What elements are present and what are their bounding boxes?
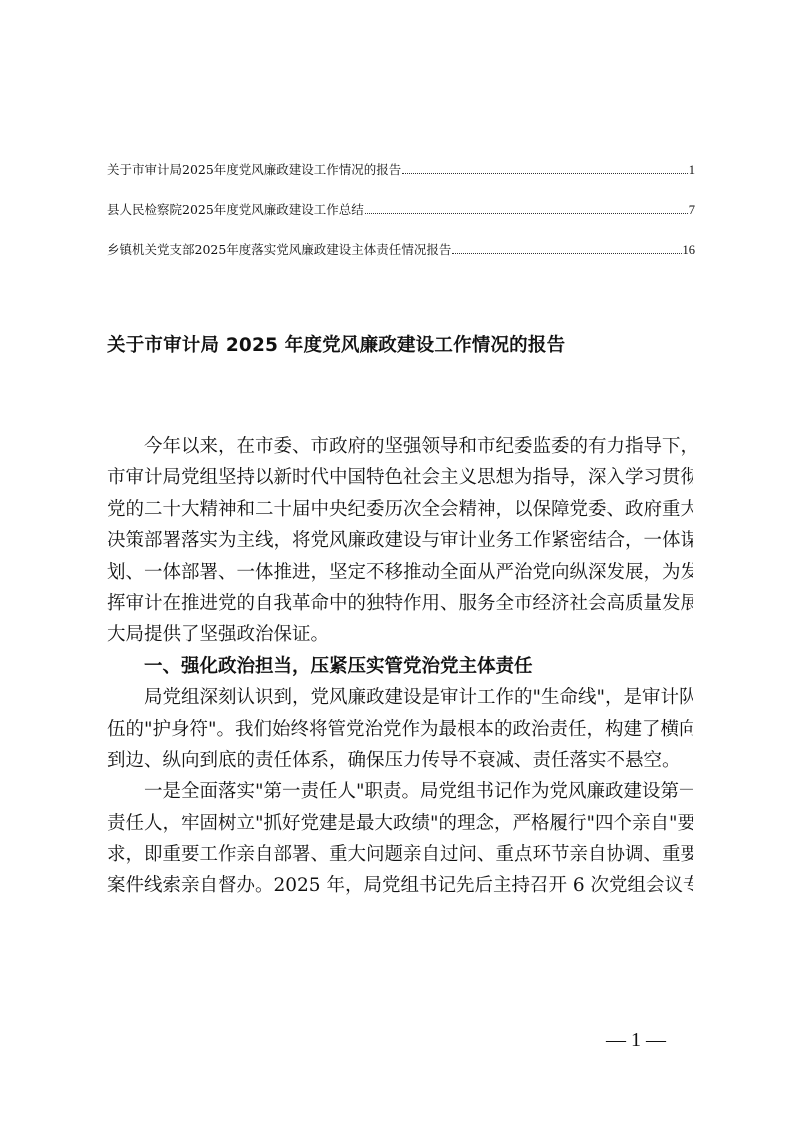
text-line: 伍的"护身符"。我们始终将管党治党作为最根本的政治责任，构建了横向 (107, 714, 693, 745)
toc-entry-page: 7 (689, 203, 695, 217)
paragraph-responsibility: 局党组深刻认识到，党风廉政建设是审计工作的"生命线"，是审计队 伍的"护身符"。… (107, 682, 693, 776)
toc-entry-page: 1 (689, 163, 695, 177)
text-line: 责任人，牢固树立"抓好党建是最大政绩"的理念，严格履行"四个亲自"要 (107, 808, 693, 839)
toc-entry-title: 县人民检察院2025年度党风廉政建设工作总结 (107, 203, 364, 217)
text-line: 一是全面落实"第一责任人"职责。局党组书记作为党风廉政建设第一 (107, 776, 693, 807)
text-line: 案件线索亲自督办。2025 年，局党组书记先后主持召开 6 次党组会议专 (107, 870, 693, 901)
document-title: 关于市审计局 2025 年度党风廉政建设工作情况的报告 (107, 334, 565, 358)
toc-leader-dots (365, 203, 688, 214)
toc-leader-dots (452, 243, 681, 254)
document-body: 今年以来，在市委、市政府的坚强领导和市纪委监委的有力指导下， 市审计局党组坚持以… (107, 431, 693, 902)
paragraph-intro: 今年以来，在市委、市政府的坚强领导和市纪委监委的有力指导下， 市审计局党组坚持以… (107, 431, 693, 651)
toc-entry[interactable]: 县人民检察院2025年度党风廉政建设工作总结 7 (107, 203, 695, 217)
toc-entry-title: 关于市审计局2025年度党风廉政建设工作情况的报告 (107, 163, 401, 177)
text-line: 局党组深刻认识到，党风廉政建设是审计工作的"生命线"，是审计队 (107, 682, 693, 713)
toc-entry[interactable]: 关于市审计局2025年度党风廉政建设工作情况的报告 1 (107, 163, 695, 177)
text-line: 大局提供了坚强政治保证。 (107, 619, 693, 650)
text-line: 到边、纵向到底的责任体系，确保压力传导不衰减、责任落实不悬空。 (107, 745, 693, 776)
paragraph-first-responsible: 一是全面落实"第一责任人"职责。局党组书记作为党风廉政建设第一 责任人，牢固树立… (107, 776, 693, 902)
text-line: 求，即重要工作亲自部署、重大问题亲自过问、重点环节亲自协调、重要 (107, 839, 693, 870)
toc-entry-page: 16 (683, 243, 696, 257)
page-number: — 1 — (600, 1029, 672, 1052)
text-line: 市审计局党组坚持以新时代中国特色社会主义思想为指导，深入学习贯彻 (107, 462, 693, 493)
document-page: 关于市审计局2025年度党风廉政建设工作情况的报告 1 县人民检察院2025年度… (0, 0, 793, 1122)
toc-entry[interactable]: 乡镇机关党支部2025年度落实党风廉政建设主体责任情况报告 16 (107, 243, 695, 257)
toc-leader-dots (402, 163, 687, 174)
text-line: 决策部署落实为主线，将党风廉政建设与审计业务工作紧密结合，一体谋 (107, 525, 693, 556)
text-line: 划、一体部署、一体推进，坚定不移推动全面从严治党向纵深发展，为发 (107, 557, 693, 588)
text-line: 今年以来，在市委、市政府的坚强领导和市纪委监委的有力指导下， (107, 431, 693, 462)
table-of-contents: 关于市审计局2025年度党风廉政建设工作情况的报告 1 县人民检察院2025年度… (107, 163, 695, 283)
text-line: 挥审计在推进党的自我革命中的独特作用、服务全市经济社会高质量发展 (107, 588, 693, 619)
text-line: 党的二十大精神和二十届中央纪委历次全会精神，以保障党委、政府重大 (107, 494, 693, 525)
toc-entry-title: 乡镇机关党支部2025年度落实党风廉政建设主体责任情况报告 (107, 243, 451, 257)
section-heading: 一、强化政治担当，压紧压实管党治党主体责任 (107, 651, 693, 682)
